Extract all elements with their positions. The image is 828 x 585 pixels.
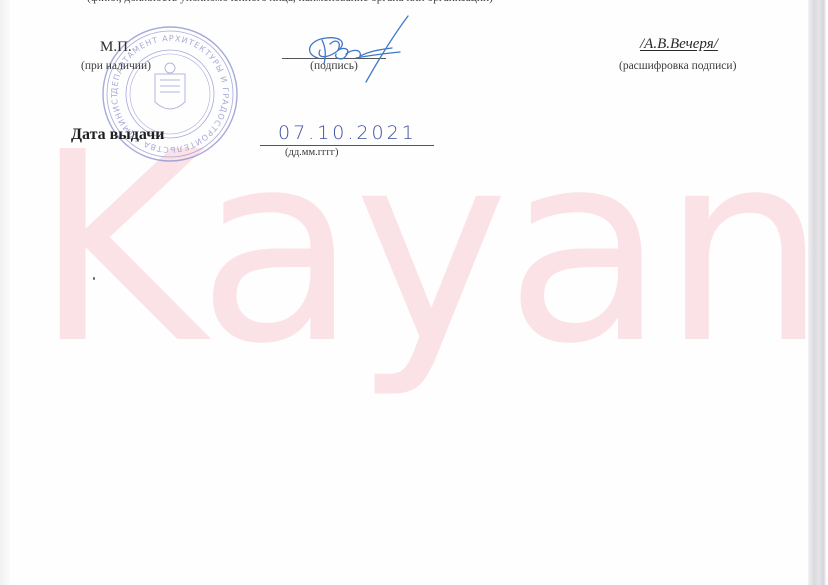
official-caption: (ф.и.о., должность уполномоченного лица,… bbox=[70, 0, 510, 4]
scan-speck bbox=[93, 277, 95, 280]
issue-date-label: Дата выдачи bbox=[71, 126, 164, 144]
document-page: Kayan (ф.и.о., должность уполномоченного… bbox=[0, 0, 828, 585]
issue-date-line bbox=[260, 145, 434, 146]
issue-date-format: (дд.мм.гггг) bbox=[285, 147, 338, 158]
signer-name: /А.В.Вечеря/ bbox=[640, 36, 718, 53]
signature-sublabel: (подпись) bbox=[282, 60, 386, 72]
scan-right-edge bbox=[808, 0, 826, 585]
handwritten-signature-icon bbox=[296, 14, 426, 84]
issue-date-value: 07.10.2021 bbox=[278, 122, 417, 144]
signer-name-sublabel: (расшифровка подписи) bbox=[619, 60, 736, 72]
seal-label: М.П. bbox=[100, 39, 132, 56]
seal-sublabel: (при наличии) bbox=[81, 60, 151, 72]
scan-left-edge bbox=[0, 0, 10, 585]
